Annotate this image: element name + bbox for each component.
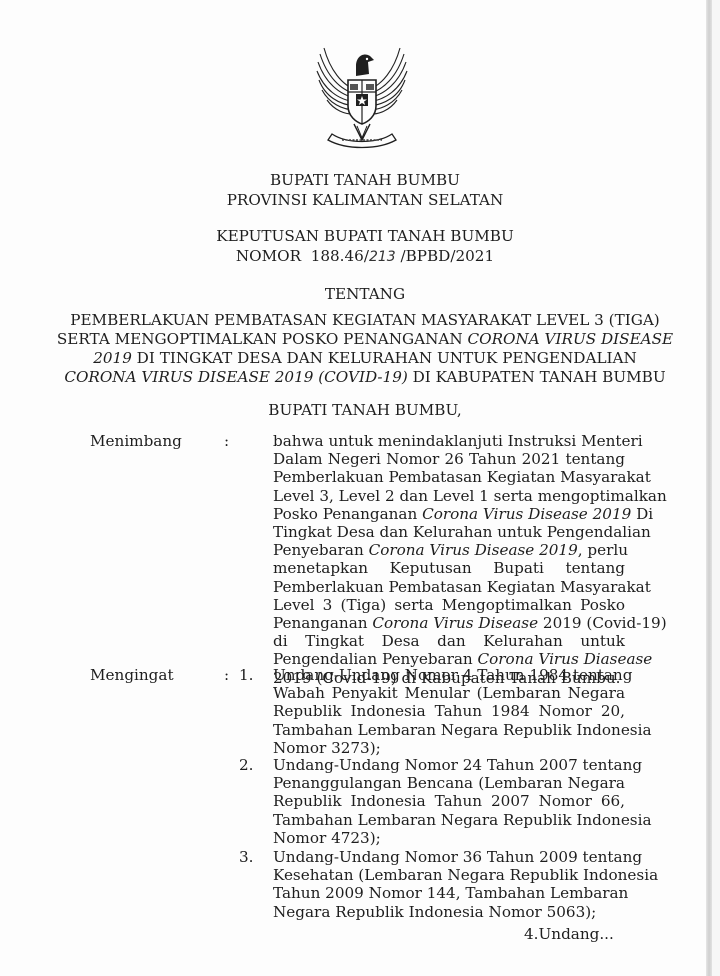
text-run: Corona Virus Disease [372, 614, 538, 632]
list-item-number: 2. [239, 756, 254, 774]
text-line: Dalam Negeri Nomor 26 Tahun 2021 tentang [273, 450, 625, 468]
text-run: Corona Virus Disease 2019 [369, 541, 578, 559]
text-line: Undang-Undang Nomor 24 Tahun 2007 tentan… [273, 756, 625, 774]
decree-number-handwritten: 213 [369, 249, 396, 265]
text-run: bahwa untuk menindaklanjuti Instruksi Me… [273, 432, 643, 450]
text-run: Tingkat Desa dan Kelurahan untuk Pengend… [273, 523, 651, 541]
text-line: Penanggulangan Bencana (Lembaran Negara [273, 774, 625, 792]
text-run: Republik Indonesia Tahun 1984 Nomor 20, [273, 702, 625, 720]
text-run: di Tingkat Desa dan Kelurahan untuk [273, 632, 625, 650]
text-line: Nomor 3273); [273, 739, 625, 757]
text-run: Tambahan Lembaran Negara Republik Indone… [273, 721, 652, 739]
text-run: , perlu [578, 541, 628, 559]
decree-number-suffix: /BPBD/2021 [396, 247, 494, 265]
text-line: Tambahan Lembaran Negara Republik Indone… [273, 811, 625, 829]
text-run: DI TINGKAT DESA DAN KELURAHAN UNTUK PENG… [132, 349, 637, 367]
list-item: Undang-Undang Nomor 36 Tahun 2009 tentan… [273, 848, 625, 921]
decree-number: NOMOR 188.46/213 /BPBD/2021 [0, 247, 720, 265]
issuer-name: BUPATI TANAH BUMBU [0, 171, 720, 189]
subject-line: PEMBERLAKUAN PEMBATASAN KEGIATAN MASYARA… [0, 311, 720, 329]
issuer-province: PROVINSI KALIMANTAN SELATAN [0, 191, 720, 209]
menimbang-colon: : [224, 432, 229, 450]
subject-line: CORONA VIRUS DISEASE 2019 (COVID-19) DI … [0, 368, 720, 386]
text-run: CORONA VIRUS DISEASE [468, 330, 674, 348]
text-run: Kesehatan (Lembaran Negara Republik Indo… [273, 866, 658, 884]
text-line: di Tingkat Desa dan Kelurahan untuk [273, 632, 625, 650]
page-edge-shadow [706, 0, 712, 976]
subject-line: 2019 DI TINGKAT DESA DAN KELURAHAN UNTUK… [0, 349, 720, 367]
list-item: Undang-Undang Nomor 24 Tahun 2007 tentan… [273, 756, 625, 847]
text-run: Undang-Undang Nomor 36 Tahun 2009 tentan… [273, 848, 642, 866]
text-run: Tambahan Lembaran Negara Republik Indone… [273, 811, 652, 829]
text-run: Nomor 4723); [273, 829, 381, 847]
text-line: Penyebaran Corona Virus Disease 2019, pe… [273, 541, 625, 559]
text-run: 2019 (Covid-19) [538, 614, 667, 632]
garuda-emblem-icon [312, 40, 412, 155]
decree-number-prefix: NOMOR 188.46/ [236, 247, 369, 265]
signatory-heading: BUPATI TANAH BUMBU, [0, 401, 720, 419]
text-line: Wabah Penyakit Menular (Lembaran Negara [273, 684, 625, 702]
text-run: CORONA VIRUS DISEASE 2019 (COVID-19) [64, 368, 407, 386]
subject-line: SERTA MENGOPTIMALKAN POSKO PENANGANAN CO… [0, 330, 720, 348]
text-run: Posko Penanganan [273, 505, 422, 523]
text-run: DI KABUPATEN TANAH BUMBU [408, 368, 666, 386]
text-line: Republik Indonesia Tahun 1984 Nomor 20, [273, 702, 625, 720]
text-run: PEMBERLAKUAN PEMBATASAN KEGIATAN MASYARA… [70, 311, 659, 329]
text-line: Nomor 4723); [273, 829, 625, 847]
page-margin [712, 0, 720, 976]
text-line: Level 3, Level 2 dan Level 1 serta mengo… [273, 487, 625, 505]
list-item: Undang-Undang Nomor 4 Tahun 1984 tentang… [273, 666, 625, 757]
text-line: Pemberlakuan Pembatasan Kegiatan Masyara… [273, 578, 625, 596]
decree-title: KEPUTUSAN BUPATI TANAH BUMBU [0, 227, 720, 245]
text-run: Undang-Undang Nomor 4 Tahun 1984 tentang [273, 666, 632, 684]
text-line: Posko Penanganan Corona Virus Disease 20… [273, 505, 625, 523]
text-line: Pemberlakuan Pembatasan Kegiatan Masyara… [273, 468, 625, 486]
text-run: Dalam Negeri Nomor 26 Tahun 2021 tentang [273, 450, 625, 468]
text-run: Penanganan [273, 614, 372, 632]
mengingat-label: Mengingat [90, 666, 174, 684]
text-line: Level 3 (Tiga) serta Mengoptimalkan Posk… [273, 596, 625, 614]
text-run: Tahun 2009 Nomor 144, Tambahan Lembaran [273, 884, 628, 902]
subject-label: TENTANG [0, 285, 720, 303]
text-line: Undang-Undang Nomor 36 Tahun 2009 tentan… [273, 848, 625, 866]
text-run: menetapkan Keputusan Bupati tentang [273, 559, 625, 577]
text-run: Pemberlakuan Pembatasan Kegiatan Masyara… [273, 468, 651, 486]
text-line: Tambahan Lembaran Negara Republik Indone… [273, 721, 625, 739]
text-run: Wabah Penyakit Menular (Lembaran Negara [273, 684, 625, 702]
text-line: Kesehatan (Lembaran Negara Republik Indo… [273, 866, 625, 884]
menimbang-paragraph: bahwa untuk menindaklanjuti Instruksi Me… [273, 432, 625, 687]
text-run: Corona Virus Disease 2019 [422, 505, 631, 523]
text-line: Republik Indonesia Tahun 2007 Nomor 66, [273, 792, 625, 810]
text-line: Negara Republik Indonesia Nomor 5063); [273, 903, 625, 921]
text-line: Tahun 2009 Nomor 144, Tambahan Lembaran [273, 884, 625, 902]
text-run: Pemberlakuan Pembatasan Kegiatan Masyara… [273, 578, 651, 596]
text-line: Undang-Undang Nomor 4 Tahun 1984 tentang [273, 666, 625, 684]
list-item-number: 1. [239, 666, 254, 684]
text-line: Tingkat Desa dan Kelurahan untuk Pengend… [273, 523, 625, 541]
text-run: Republik Indonesia Tahun 2007 Nomor 66, [273, 792, 625, 810]
text-line: bahwa untuk menindaklanjuti Instruksi Me… [273, 432, 625, 450]
text-run: Level 3, Level 2 dan Level 1 serta mengo… [273, 487, 667, 505]
text-run: Penyebaran [273, 541, 369, 559]
text-run: Di [631, 505, 653, 523]
text-run: Level 3 (Tiga) serta Mengoptimalkan Posk… [273, 596, 625, 614]
list-item-number: 3. [239, 848, 254, 866]
mengingat-colon: : [224, 666, 229, 684]
text-run: Penanggulangan Bencana (Lembaran Negara [273, 774, 625, 792]
text-line: Penanganan Corona Virus Disease 2019 (Co… [273, 614, 625, 632]
menimbang-label: Menimbang [90, 432, 182, 450]
text-run: Nomor 3273); [273, 739, 381, 757]
text-run: Negara Republik Indonesia Nomor 5063); [273, 903, 596, 921]
text-run: Undang-Undang Nomor 24 Tahun 2007 tentan… [273, 756, 642, 774]
text-line: menetapkan Keputusan Bupati tentang [273, 559, 625, 577]
text-run: 2019 [93, 349, 132, 367]
text-run: SERTA MENGOPTIMALKAN POSKO PENANGANAN [57, 330, 468, 348]
continuation-marker: 4.Undang... [524, 925, 614, 943]
